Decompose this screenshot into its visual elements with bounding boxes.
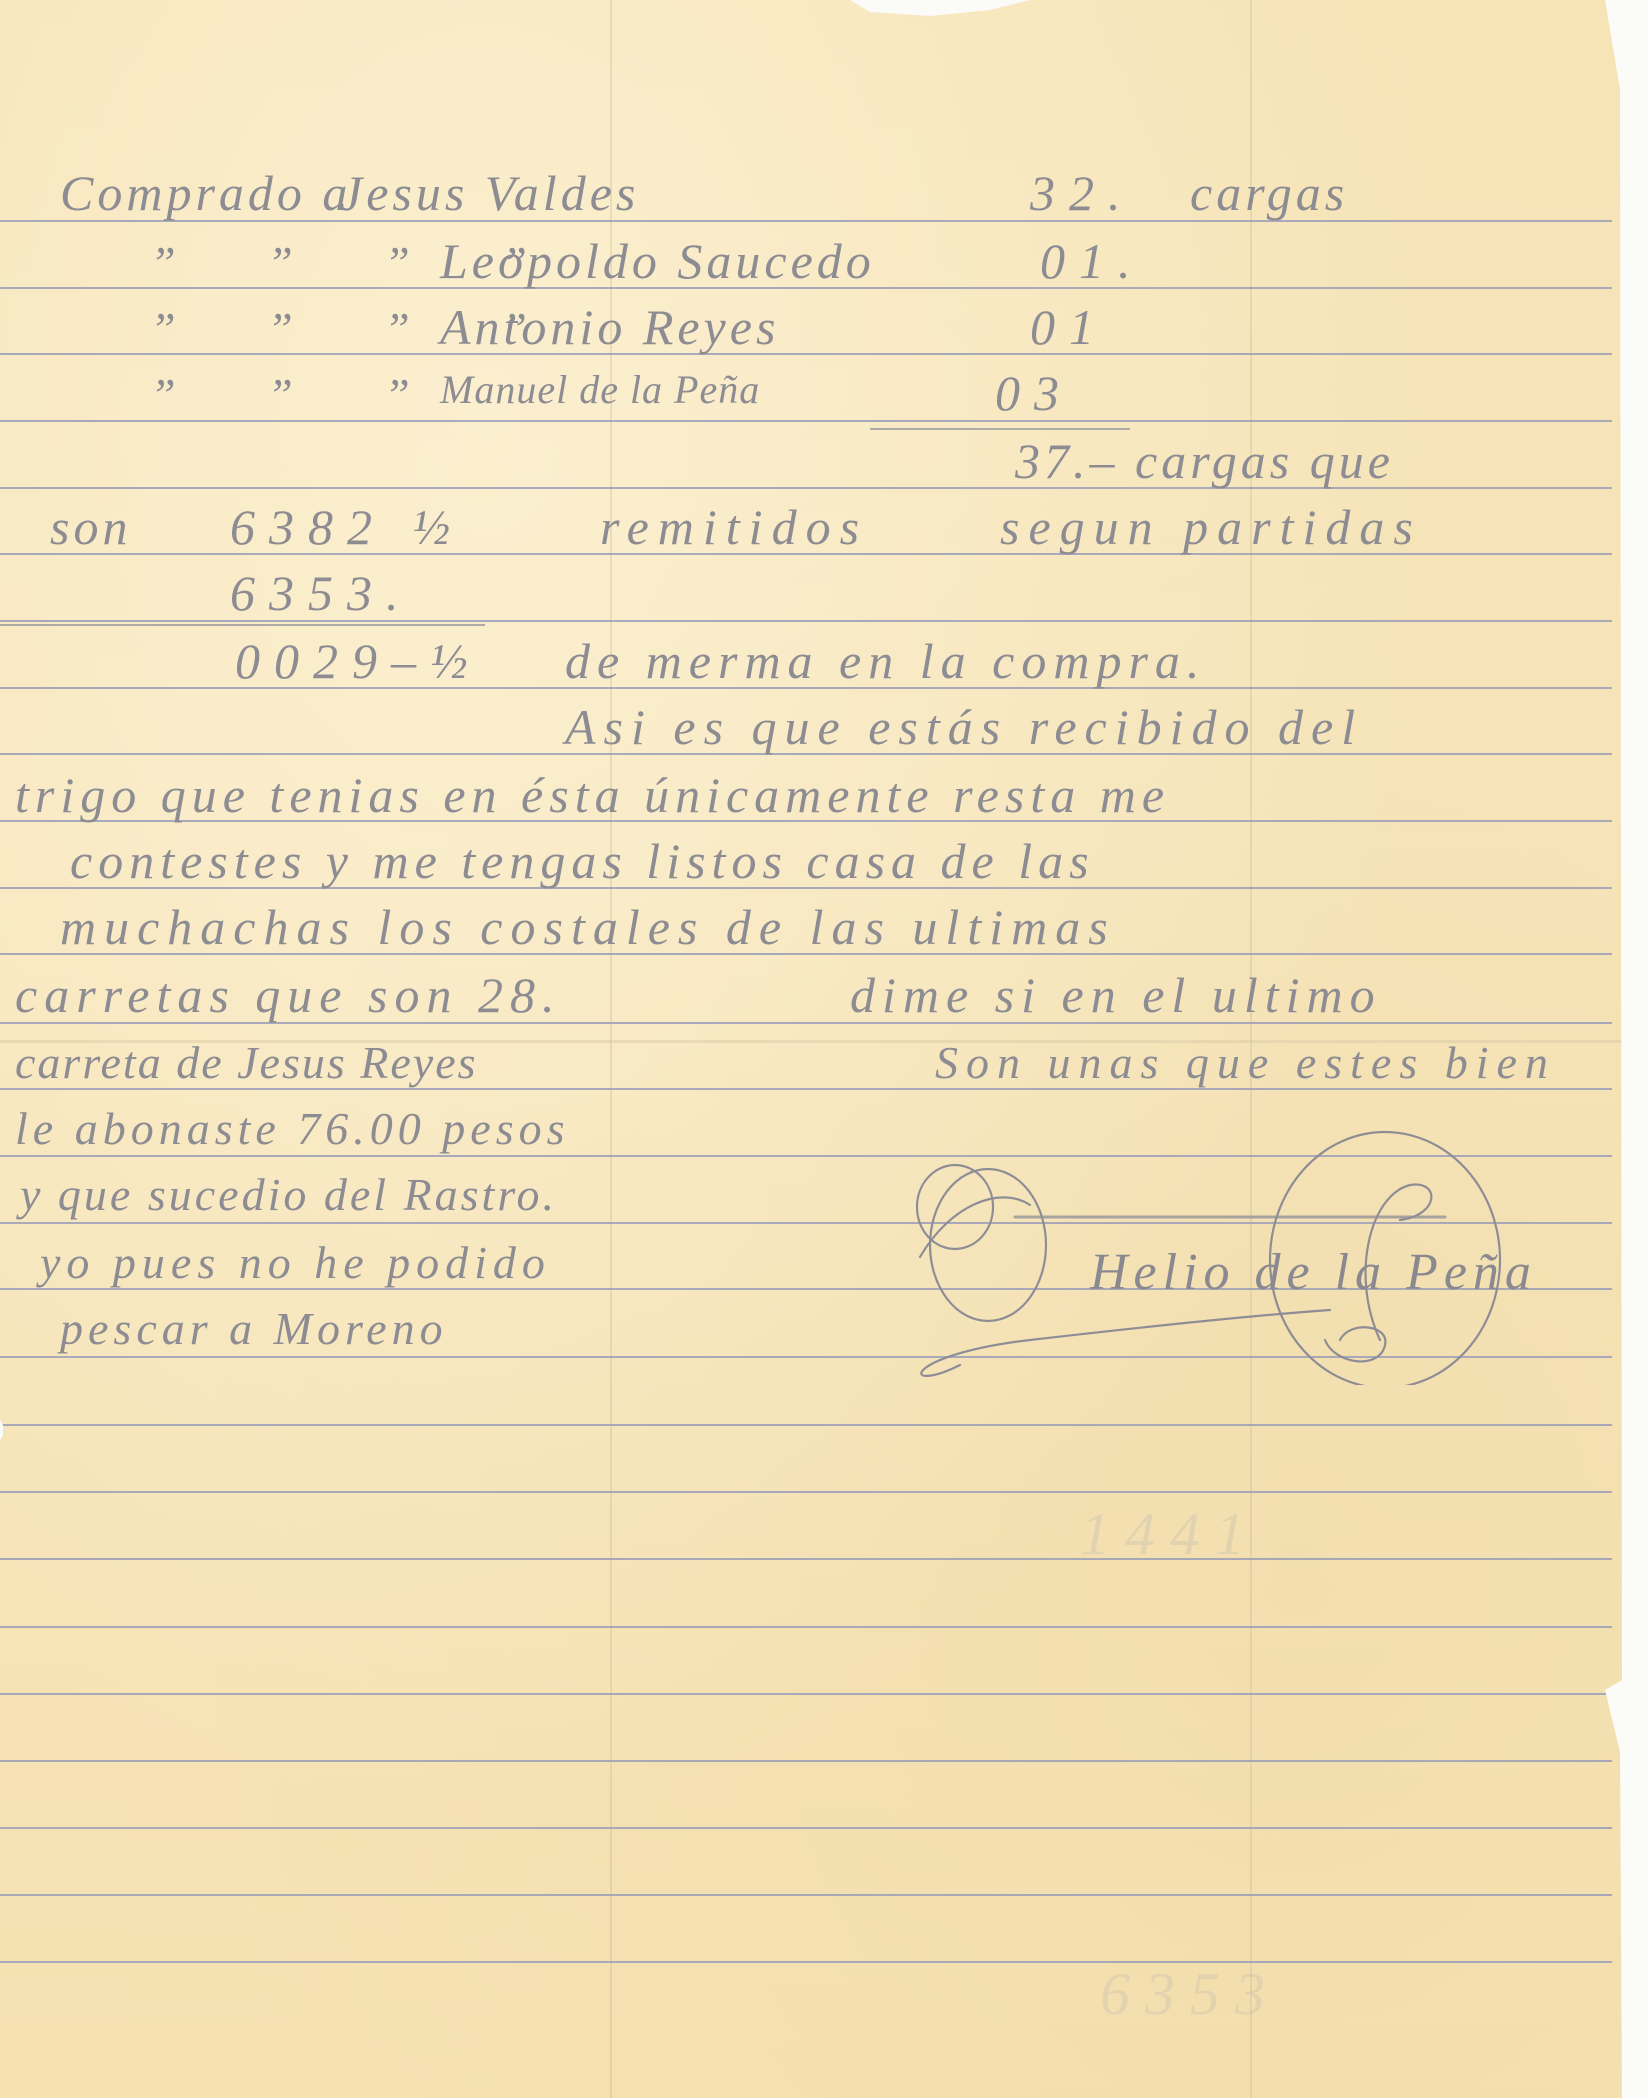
subtraction-underline	[0, 624, 485, 626]
son-value: 6382 ½	[230, 502, 464, 552]
segun-partidas-label: segun partidas	[1000, 502, 1422, 552]
purchase-name: Jesus Valdes	[340, 168, 639, 218]
purchase-qty: 32.	[1030, 168, 1135, 218]
letter-page: 1 4 4 1 6 3 5 3 Comprado a Jesus Valdes …	[0, 0, 1622, 2098]
signature-name: Helio de la Peña	[1090, 1243, 1537, 1302]
letter-line: y que sucedio del Rastro.	[20, 1172, 557, 1218]
letter-line: carreta de Jesus Reyes	[15, 1040, 478, 1086]
letter-line: pescar a Moreno	[60, 1306, 448, 1352]
bleed-through-text: 1 4 4 1	[1080, 1500, 1245, 1569]
purchase-prefix: Comprado a	[60, 168, 351, 218]
letter-line: muchachas los costales de las ultimas	[60, 902, 1116, 952]
purchase-unit: cargas	[1190, 168, 1348, 218]
purchase-name: Leopoldo Saucedo	[440, 236, 875, 286]
signature: Helio de la Peña	[880, 1125, 1540, 1385]
purchase-name: Antonio Reyes	[440, 302, 779, 352]
purchase-qty: 03	[995, 368, 1073, 418]
ditto-marks: ” ” ”	[150, 372, 450, 418]
letter-line: dime si en el ultimo	[850, 970, 1382, 1020]
son-label: son	[50, 502, 131, 552]
letter-line: yo pues no he podido	[40, 1240, 551, 1286]
letter-line: Asi es que estás recibido del	[565, 702, 1363, 752]
letter-line: le abonaste 76.00 pesos	[15, 1106, 570, 1152]
letter-line: Son unas que estes bien	[935, 1040, 1556, 1086]
sum-underline	[870, 428, 1130, 430]
purchase-name: Manuel de la Peña	[440, 370, 760, 410]
letter-line: contestes y me tengas listos casa de las	[70, 836, 1095, 886]
difference-note: de merma en la compra.	[565, 636, 1206, 686]
purchase-total: 37.– cargas que	[1015, 436, 1394, 486]
letter-line: carretas que son 28.	[15, 970, 561, 1020]
remitidos-label: remitidos	[600, 502, 868, 552]
purchase-qty: 01.	[1040, 236, 1145, 286]
bleed-through-text: 6 3 5 3	[1100, 1960, 1265, 2029]
purchase-qty: 01	[1030, 302, 1108, 352]
remitted-value: 6353.	[230, 568, 413, 618]
letter-line: trigo que tenias en ésta únicamente rest…	[15, 770, 1170, 820]
difference-value: 0029–½	[235, 636, 482, 686]
